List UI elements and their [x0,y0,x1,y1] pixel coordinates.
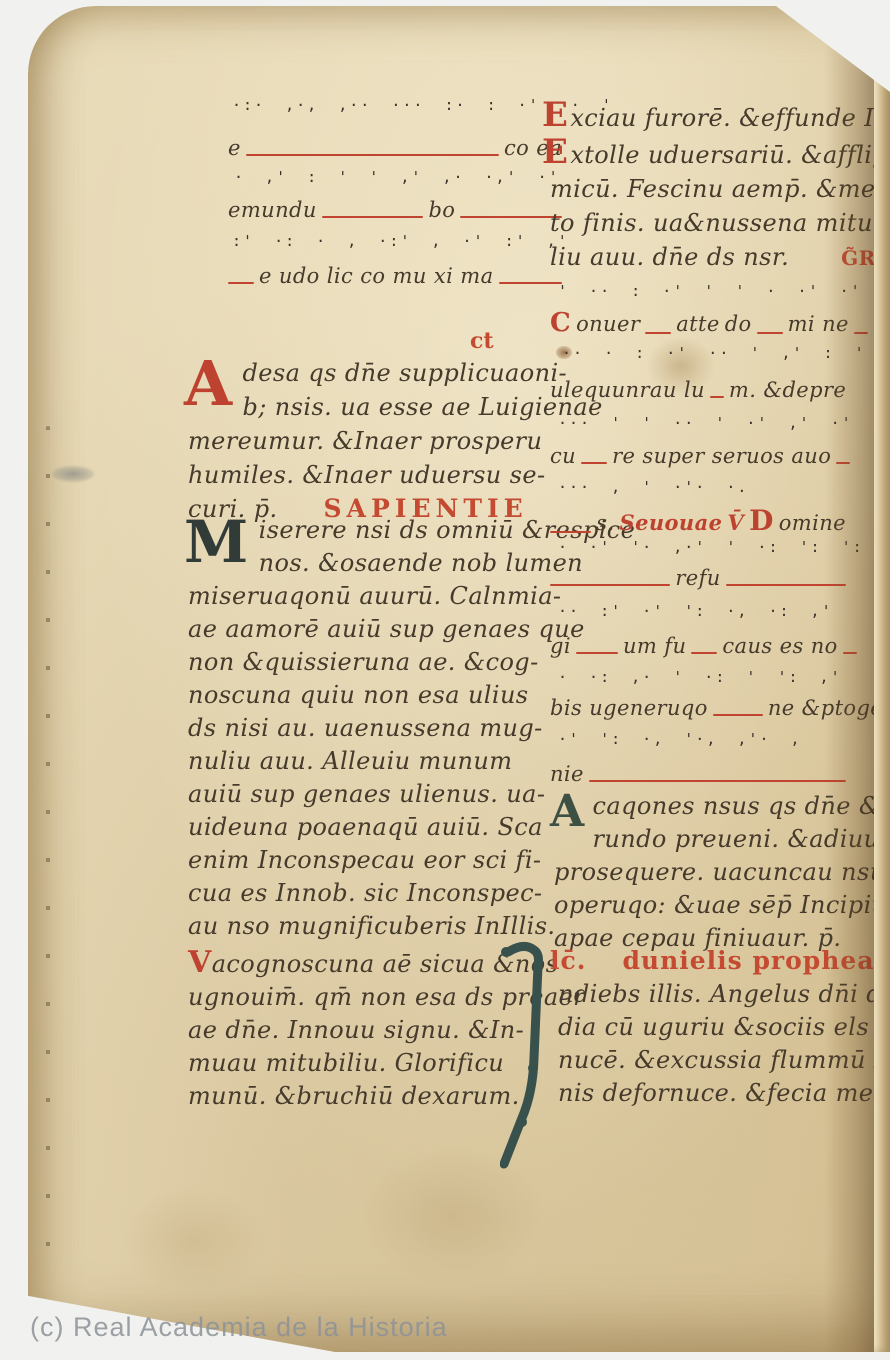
text-line: enim Inconspecau eor sci fi- [188,844,548,877]
staff-line [499,274,562,288]
text-line: cua es Innob. sic Inconspec- [188,877,548,910]
text-line: micū. Fescinu aemp̄. &memen- [550,172,850,206]
prick-marks [46,426,50,1266]
text-line: munū. &bruchiū dexarum. [188,1080,540,1113]
next-page-edge [874,6,890,1352]
text-line: nucē. &excussia flummū Ig- [558,1044,858,1077]
staff-line [228,274,254,288]
neume-row: ··· ' ' ·· ' ·' ,' ·' [558,414,853,432]
initial-M: M [184,518,249,566]
text-line: au nso mugnificuberis InIllis. [188,910,548,943]
music-text-line: cu re super seruos auo [550,444,846,468]
lyric-text: atte [676,312,719,336]
text-line: rundo preueni. &adiuuundo [554,823,866,856]
lyric-text: do [725,312,752,336]
music-text-line: ulequunrau lu m. &depre [550,378,846,402]
text-line: Extolle uduersariū. &afflige Ini- [550,135,850,172]
versus-mark: V̄ [727,510,744,535]
text-line: b; nsis. ua esse ae Luigienae [188,390,540,424]
text-line: prosequere. uacuncau nsu [554,856,866,889]
euouae-text: Seuouae [620,510,723,535]
text-line: desa qs dn̄e supplicuaoni- [188,356,540,390]
paragraph-miserere: M iserere nsi ds omniū &respice nos. &os… [218,514,548,943]
gutter-shadow [824,6,874,1352]
lyric-text: ulequunrau lu [550,378,705,402]
music-text-line: refu [550,566,846,590]
paragraph-in-diebus: ndiebs illis. Angelus dn̄i descen- dia c… [558,978,858,1110]
lyric-text: um fu [623,634,686,658]
text-fragment: liu auu. dn̄e ds nsr. [550,243,789,271]
lyric-text: cu [550,444,576,468]
scan-background: ·:· ,·, ,·· ··· :· : ·' ·· ' e co ea · ,… [0,0,890,1360]
initial-E: E [542,95,568,135]
staff-line [713,706,763,720]
music-text-line: e udo lic co mu xi ma [228,264,562,288]
text-line: noscuna quiu non esa ulius [188,679,548,712]
text-line: non &quissieruna ae. &cog- [188,646,548,679]
music-text-line: e co ea [228,136,562,160]
staff-line [576,644,618,658]
text-line: Vacognoscuna aē sicua &nos [188,946,540,981]
staff-line [710,388,724,402]
neume-row: ·' ': ·, '·, ,'· , [558,730,802,748]
lyric-text: gi [550,634,571,658]
music-text-line: gi um fu caus es no [550,634,846,658]
paragraph-actiones: A caqones nsus qs dn̄e &uspi- rundo preu… [576,790,866,955]
initial-C: C [550,308,571,338]
neume-row: · ,' : ' ' ,' ,· ·,' ·' [234,168,560,186]
text-line: miseruaqonū auurū. Calnmia- [188,580,548,613]
initial-A-green: A [550,792,585,832]
neume-row: · ·' '· ,·' ' ·: ': ': [558,538,864,556]
lyric-text: emundu [228,198,317,222]
rubric-mark-ct: ct [470,328,494,354]
text-line: to finis. ua&nussena mitubi- [550,206,850,240]
rubric-abbrev: lc̄. [550,946,586,975]
initial-E: E [542,132,568,172]
initial-I-flourish [500,940,552,1170]
lyric-text: bo [428,198,455,222]
parchment-stain [118,1186,268,1296]
staff-line [757,324,783,338]
paragraph-adesto: A desa qs dn̄e supplicuaoni- b; nsis. ua… [188,356,540,526]
music-text-line: Conuer atte do mi ne [550,308,846,338]
staff-line [550,523,591,537]
text-line: auiū sup genaes ulienus. ua- [188,778,548,811]
text-line: caqones nsus qs dn̄e &uspi- [576,790,866,823]
staff-line [246,146,499,160]
lyric-text: caus es no [722,634,837,658]
rubric-line: lc̄.dunielis propheae [550,944,850,977]
neume-row: :' ·: · , ·:' , ·' :' ,' [232,232,569,250]
paragraph-excita: Exciau furorē. &effunde Irum. Extolle ud… [550,98,850,275]
manuscript-page: ·:· ,·, ,·· ··· :· : ·' ·· ' e co ea · ,… [28,6,890,1352]
text-line: operuqo: &uae sēp̄ Incipiua. [554,889,866,922]
initial-D: D [749,504,774,537]
neume-row: ' ·· : ·' ' ' · ·' ·' [558,282,862,300]
text-line: humiles. &Inaer uduersu se- [188,458,540,492]
text-line: iserere nsi ds omniū &respice [218,514,548,547]
lyric-text: e udo lic co mu xi ma [259,264,494,288]
staff-line [645,324,671,338]
lyric-text: e [228,136,241,160]
lyric-text: bis ugeneruqo [550,696,708,720]
text-line: mereumur. &Inaer prosperu [188,424,540,458]
text-line: ds nisi au. uaenussena mug- [188,712,548,745]
text-line: liu auu. dn̄e ds nsr.G̃R [550,240,850,275]
text-line: nuliu auu. Alleuiu munum [188,745,548,778]
staff-line [589,772,846,786]
text-line: nis defornuce. &fecia mediū [558,1077,858,1110]
text-line: uideuna poaenaqū auiū. Sca [188,811,548,844]
text-line: ugnouim̄. qm̄ non esa ds preaer [188,981,540,1014]
lyric-text: re super seruos auo [612,444,831,468]
neume-row: ·· :' ·' ': ·, ·: ,' [558,602,833,620]
gray-smudge [52,466,94,482]
initial-A: A [184,358,233,410]
staff-line [460,208,562,222]
text-line: dia cū uguriu &sociis els Infor- [558,1011,858,1044]
staff-line [550,576,670,590]
paragraph-ut-cognoscant: Vacognoscuna aē sicua &nos ugnouim̄. qm̄… [188,946,540,1113]
lyric-text: s. [596,511,614,535]
neume-row: ··· , ' ·'· ·. [558,478,748,496]
neume-row: ·· · : ·' ·· ' ,' : ' [562,344,866,362]
lyric-text: nie [550,762,584,786]
lyric-text: onuer [576,312,640,336]
staff-line [322,208,424,222]
initial-V: V [188,945,212,980]
lyric-text: refu [675,566,720,590]
text-line: ae aamorē auiū sup genaes que [188,613,548,646]
copyright-watermark: (c) Real Academia de la Historia [30,1312,448,1343]
music-text-line: nie [550,762,846,786]
text-line: ndiebs illis. Angelus dn̄i descen- [558,978,858,1011]
music-text-line: emundu bo [228,198,562,222]
staff-line [691,644,717,658]
rubric-lectio: lc̄.dunielis propheae [550,944,850,977]
text-line: nos. &osaende nob lumen [218,547,548,580]
staff-line [581,454,607,468]
text-line: ae dn̄e. Innouu signu. &In- [188,1014,540,1047]
neume-row: · ·: ,· ' ·: ' ': ,' [558,668,842,686]
text-line: muau mitubiliu. Glorificu [188,1047,540,1080]
music-text-line: bis ugeneruqo ne &ptoge [550,696,846,720]
music-text-line: s. Seuouae V̄ Domine [550,504,846,537]
text-line: Exciau furorē. &effunde Irum. [550,98,850,135]
